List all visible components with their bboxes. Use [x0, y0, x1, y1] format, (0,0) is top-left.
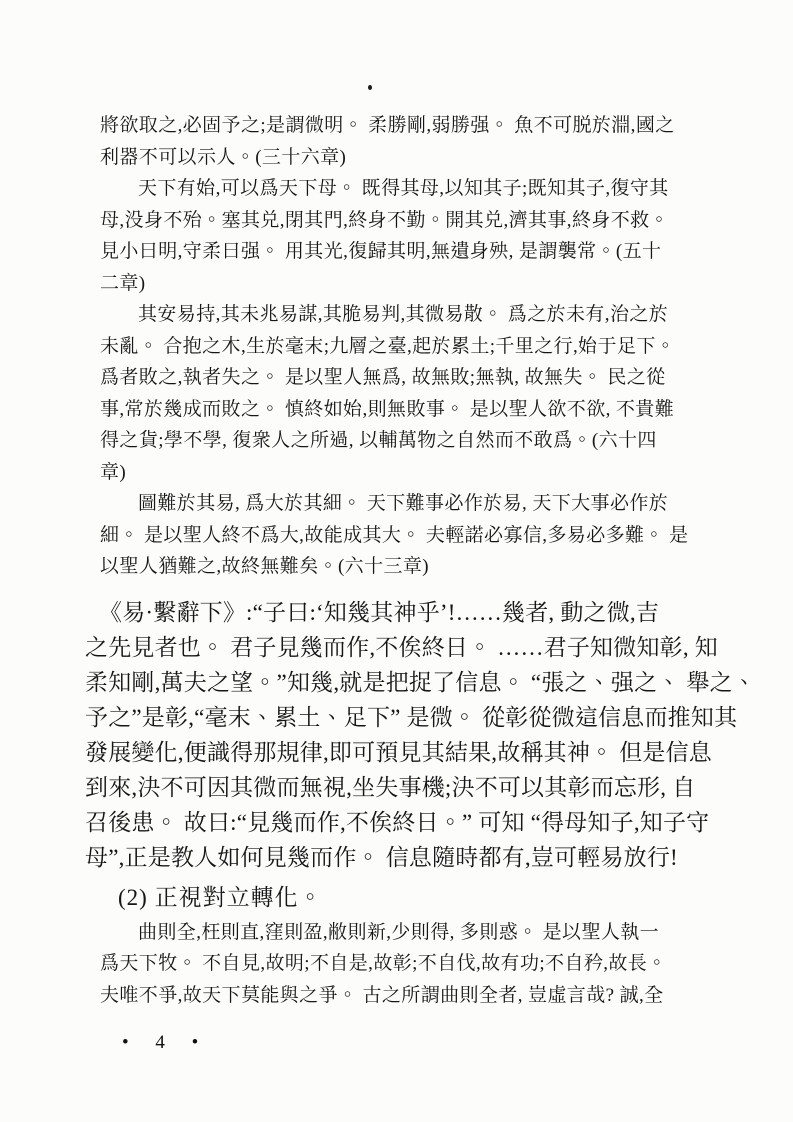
text-line: 曲則全,枉則直,窪則盈,敝則新,少則得, 多則惑。 是以聖人執一 — [100, 917, 793, 949]
text-line: 《易·繫辭下》:“子曰:‘知幾其神乎’!……幾者, 動之微,吉 — [85, 595, 793, 630]
text-line: 將欲取之,必固予之;是謂微明。 柔勝剛,弱勝强。 魚不可脱於淵,國之 — [100, 110, 793, 142]
text-line: 母,没身不殆。塞其兑,閉其門,終身不勤。開其兑,濟其事,終身不救。 — [100, 205, 793, 237]
text-line: 之先見者也。 君子見幾而作,不俟終日。 ……君子知微知彰, 知 — [85, 630, 793, 665]
quote-paragraph: 天下有始,可以爲天下母。 既得其母,以知其子;既知其子,復守其 母,没身不殆。塞… — [100, 173, 793, 299]
text-line: 未亂。 合抱之木,生於毫末;九層之臺,起於累土;千里之行,始于足下。 — [100, 331, 793, 363]
quote-paragraph: 將欲取之,必固予之;是謂微明。 柔勝剛,弱勝强。 魚不可脱於淵,國之 利器不可以… — [100, 110, 793, 173]
text-line: 夫唯不爭,故天下莫能與之爭。 古之所謂曲則全者, 豈虛言哉? 誠,全 — [100, 980, 793, 1012]
page-number: • 4 • — [122, 1032, 201, 1054]
text-line: 其安易持,其未兆易謀,其脆易判,其微易散。 爲之於未有,治之於 — [100, 299, 793, 331]
text-line: 天下有始,可以爲天下母。 既得其母,以知其子;既知其子,復守其 — [100, 173, 793, 205]
text-line: 爲天下牧。 不自見,故明;不自是,故彰;不自伐,故有功;不自矜,故長。 — [100, 948, 793, 980]
quote-paragraph: 曲則全,枉則直,窪則盈,敝則新,少則得, 多則惑。 是以聖人執一 爲天下牧。 不… — [100, 917, 793, 1012]
text-line: 以聖人猶難之,故終無難矣。(六十三章) — [100, 551, 793, 583]
text-line: 柔知剛,萬夫之望。”知幾,就是把捉了信息。 “張之、强之、 舉之、 — [85, 665, 793, 700]
text-line: 見小曰明,守柔曰强。 用其光,復歸其明,無遺身殃, 是謂襲常。(五十 — [100, 236, 793, 268]
text-line: 爲者敗之,執者失之。 是以聖人無爲, 故無敗;無執, 故無失。 民之從 — [100, 362, 793, 394]
text-line: 事,常於幾成而敗之。 慎終如始,則無敗事。 是以聖人欲不欲, 不貴難 — [100, 394, 793, 426]
text-line: 細。 是以聖人終不爲大,故能成其大。 夫輕諾必寡信,多易必多難。 是 — [100, 520, 793, 552]
text-line: 章) — [100, 457, 793, 489]
text-line: 召後患。 故曰:“見幾而作,不俟終日。” 可知 “得母知子,知子守 — [85, 805, 793, 840]
text-line: 到來,決不可因其微而無視,坐失事機;決不可以其彰而忘形, 自 — [85, 770, 793, 805]
text-line: 予之”是彰,“毫末、累土、足下” 是微。 從彰從微這信息而推知其 — [85, 700, 793, 735]
text-line: 得之貨;學不學, 復衆人之所過, 以輔萬物之自然而不敢爲。(六十四 — [100, 425, 793, 457]
section-heading: (2) 正視對立轉化。 — [118, 882, 793, 913]
text-line: 母”,正是教人如何見幾而作。 信息隨時都有,豈可輕易放行! — [85, 840, 793, 875]
text-line: 利器不可以示人。(三十六章) — [100, 142, 793, 174]
text-line: 二章) — [100, 268, 793, 300]
quote-paragraph: 其安易持,其未兆易謀,其脆易判,其微易散。 爲之於未有,治之於 未亂。 合抱之木… — [100, 299, 793, 488]
commentary-paragraph: 《易·繫辭下》:“子曰:‘知幾其神乎’!……幾者, 動之微,吉 之先見者也。 君… — [85, 595, 793, 875]
text-line: 發展變化,便識得那規律,即可預見其結果,故稱其神。 但是信息 — [85, 735, 793, 770]
text-line: 圖難於其易, 爲大於其細。 天下難事必作於易, 天下大事必作於 — [100, 488, 793, 520]
ink-speck — [368, 85, 372, 90]
quote-paragraph: 圖難於其易, 爲大於其細。 天下難事必作於易, 天下大事必作於 細。 是以聖人終… — [100, 488, 793, 583]
book-page: 將欲取之,必固予之;是謂微明。 柔勝剛,弱勝强。 魚不可脱於淵,國之 利器不可以… — [0, 0, 793, 1122]
